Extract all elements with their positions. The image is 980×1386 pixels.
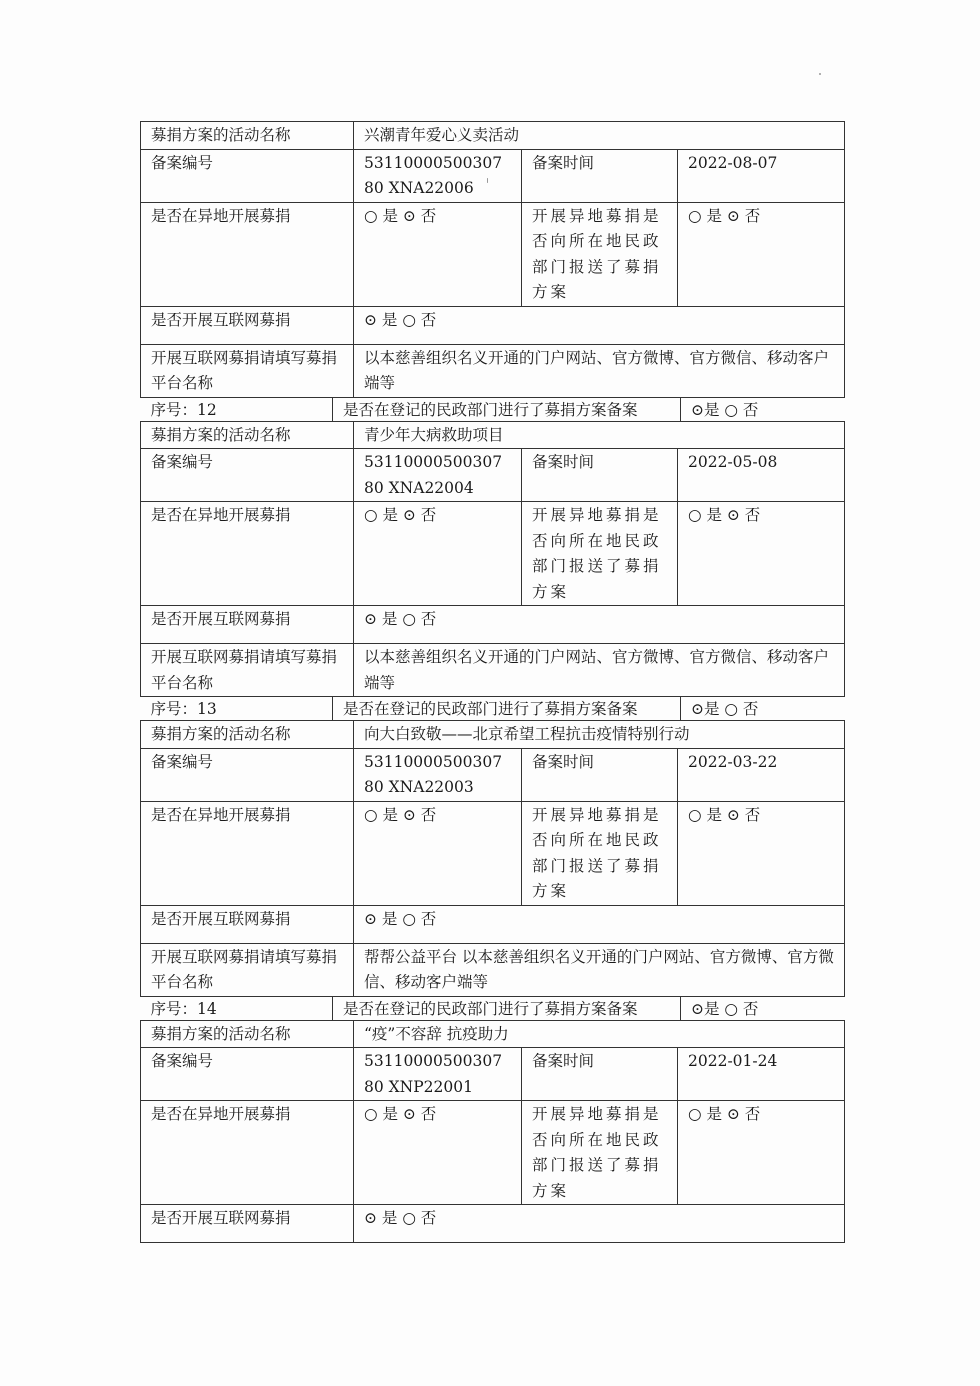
filing-number-label: 备案编号 <box>141 1048 354 1101</box>
remote-report-radio[interactable]: ○ 是 ⊙ 否 <box>678 502 845 606</box>
platform-name-row: 开展互联网募捐请填写募捐平台名称 以本慈善组织名义开通的门户网站、官方微博、官方… <box>141 644 845 697</box>
activity-name-row: 募捐方案的活动名称 兴潮青年爱心义卖活动 <box>141 122 845 150</box>
fundraising-filing-table: 募捐方案的活动名称 兴潮青年爱心义卖活动 备案编号 53110000500307… <box>140 121 845 1243</box>
remote-report-radio[interactable]: ○ 是 ⊙ 否 <box>678 1101 845 1205</box>
remote-report-label: 开展异地募捐是否向所在地民政部门报送了募捐方案 <box>522 502 678 606</box>
scan-speck <box>819 73 821 75</box>
internet-fundraising-radio[interactable]: ⊙ 是 ○ 否 <box>354 905 845 943</box>
remote-report-label: 开展异地募捐是否向所在地民政部门报送了募捐方案 <box>522 801 678 905</box>
remote-fundraising-radio[interactable]: ○ 是 ⊙ 否 <box>354 502 522 606</box>
platform-name-value: 帮帮公益平台 以本慈善组织名义开通的门户网站、官方微博、官方微信、移动客户端等 <box>354 943 845 996</box>
filing-number-label: 备案编号 <box>141 149 354 202</box>
internet-fundraising-radio[interactable]: ⊙ 是 ○ 否 <box>354 1205 845 1243</box>
internet-fundraising-row: 是否开展互联网募捐 ⊙ 是 ○ 否 <box>141 905 845 943</box>
activity-name-value: “疫”不容辞 抗疫助力 <box>354 1020 845 1048</box>
platform-name-label: 开展互联网募捐请填写募捐平台名称 <box>141 344 354 397</box>
platform-name-row: 开展互联网募捐请填写募捐平台名称 帮帮公益平台 以本慈善组织名义开通的门户网站、… <box>141 943 845 996</box>
seq-row: 序号：13 是否在登记的民政部门进行了募捐方案备案 ⊙是 ○ 否 <box>141 697 845 721</box>
activity-name-label: 募捐方案的活动名称 <box>141 1020 354 1048</box>
filing-number-value: 5311000050030780 XNA22004 <box>354 449 522 502</box>
registered-filing-label: 是否在登记的民政部门进行了募捐方案备案 <box>333 997 681 1020</box>
filing-time-value: 2022-08-07 <box>678 149 845 202</box>
filing-number-value: 5311000050030780 XNA22006 <box>354 149 522 202</box>
remote-fundraising-row: 是否在异地开展募捐 ○ 是 ⊙ 否 开展异地募捐是否向所在地民政部门报送了募捐方… <box>141 1101 845 1205</box>
remote-fundraising-label: 是否在异地开展募捐 <box>141 1101 354 1205</box>
filing-time-label: 备案时间 <box>522 149 678 202</box>
internet-fundraising-row: 是否开展互联网募捐 ⊙ 是 ○ 否 <box>141 1205 845 1243</box>
remote-report-label: 开展异地募捐是否向所在地民政部门报送了募捐方案 <box>522 202 678 306</box>
remote-report-radio[interactable]: ○ 是 ⊙ 否 <box>678 801 845 905</box>
platform-name-value: 以本慈善组织名义开通的门户网站、官方微博、官方微信、移动客户端等 <box>354 644 845 697</box>
seq-row: 序号：14 是否在登记的民政部门进行了募捐方案备案 ⊙是 ○ 否 <box>141 996 845 1020</box>
seq-number: 序号：13 <box>141 697 333 720</box>
filing-time-value: 2022-01-24 <box>678 1048 845 1101</box>
filing-number-row: 备案编号 5311000050030780 XNA22006 备案时间 2022… <box>141 149 845 202</box>
platform-name-label: 开展互联网募捐请填写募捐平台名称 <box>141 644 354 697</box>
registered-filing-radio[interactable]: ⊙是 ○ 否 <box>681 997 845 1020</box>
remote-fundraising-radio[interactable]: ○ 是 ⊙ 否 <box>354 801 522 905</box>
activity-name-label: 募捐方案的活动名称 <box>141 122 354 150</box>
internet-fundraising-label: 是否开展互联网募捐 <box>141 606 354 644</box>
seq-number: 序号：14 <box>141 997 333 1020</box>
filing-time-value: 2022-03-22 <box>678 748 845 801</box>
registered-filing-label: 是否在登记的民政部门进行了募捐方案备案 <box>333 697 681 720</box>
internet-fundraising-label: 是否开展互联网募捐 <box>141 1205 354 1243</box>
platform-name-value: 以本慈善组织名义开通的门户网站、官方微博、官方微信、移动客户端等 <box>354 344 845 397</box>
registered-filing-radio[interactable]: ⊙是 ○ 否 <box>681 697 845 720</box>
filing-number-value: 5311000050030780 XNP22001 <box>354 1048 522 1101</box>
registered-filing-radio[interactable]: ⊙是 ○ 否 <box>681 398 845 421</box>
activity-name-row: 募捐方案的活动名称 青少年大病救助项目 <box>141 421 845 449</box>
scan-speck <box>487 178 488 183</box>
filing-number-value: 5311000050030780 XNA22003 <box>354 748 522 801</box>
internet-fundraising-row: 是否开展互联网募捐 ⊙ 是 ○ 否 <box>141 606 845 644</box>
activity-name-label: 募捐方案的活动名称 <box>141 721 354 749</box>
remote-fundraising-label: 是否在异地开展募捐 <box>141 202 354 306</box>
internet-fundraising-radio[interactable]: ⊙ 是 ○ 否 <box>354 306 845 344</box>
activity-name-value: 青少年大病救助项目 <box>354 421 845 449</box>
remote-report-radio[interactable]: ○ 是 ⊙ 否 <box>678 202 845 306</box>
filing-number-label: 备案编号 <box>141 748 354 801</box>
filing-time-label: 备案时间 <box>522 1048 678 1101</box>
activity-name-value: 兴潮青年爱心义卖活动 <box>354 122 845 150</box>
remote-fundraising-row: 是否在异地开展募捐 ○ 是 ⊙ 否 开展异地募捐是否向所在地民政部门报送了募捐方… <box>141 202 845 306</box>
activity-name-row: 募捐方案的活动名称 “疫”不容辞 抗疫助力 <box>141 1020 845 1048</box>
seq-number: 序号：12 <box>141 398 333 421</box>
filing-number-row: 备案编号 5311000050030780 XNA22003 备案时间 2022… <box>141 748 845 801</box>
seq-row: 序号：12 是否在登记的民政部门进行了募捐方案备案 ⊙是 ○ 否 <box>141 397 845 421</box>
internet-fundraising-label: 是否开展互联网募捐 <box>141 306 354 344</box>
filing-time-label: 备案时间 <box>522 748 678 801</box>
remote-report-label: 开展异地募捐是否向所在地民政部门报送了募捐方案 <box>522 1101 678 1205</box>
activity-name-label: 募捐方案的活动名称 <box>141 421 354 449</box>
filing-number-label: 备案编号 <box>141 449 354 502</box>
filing-number-row: 备案编号 5311000050030780 XNA22004 备案时间 2022… <box>141 449 845 502</box>
platform-name-row: 开展互联网募捐请填写募捐平台名称 以本慈善组织名义开通的门户网站、官方微博、官方… <box>141 344 845 397</box>
internet-fundraising-label: 是否开展互联网募捐 <box>141 905 354 943</box>
internet-fundraising-radio[interactable]: ⊙ 是 ○ 否 <box>354 606 845 644</box>
filing-number-row: 备案编号 5311000050030780 XNP22001 备案时间 2022… <box>141 1048 845 1101</box>
remote-fundraising-radio[interactable]: ○ 是 ⊙ 否 <box>354 202 522 306</box>
activity-name-row: 募捐方案的活动名称 向大白致敬——北京希望工程抗击疫情特别行动 <box>141 721 845 749</box>
filing-time-label: 备案时间 <box>522 449 678 502</box>
registered-filing-label: 是否在登记的民政部门进行了募捐方案备案 <box>333 398 681 421</box>
filing-time-value: 2022-05-08 <box>678 449 845 502</box>
internet-fundraising-row: 是否开展互联网募捐 ⊙ 是 ○ 否 <box>141 306 845 344</box>
remote-fundraising-label: 是否在异地开展募捐 <box>141 801 354 905</box>
activity-name-value: 向大白致敬——北京希望工程抗击疫情特别行动 <box>354 721 845 749</box>
platform-name-label: 开展互联网募捐请填写募捐平台名称 <box>141 943 354 996</box>
remote-fundraising-row: 是否在异地开展募捐 ○ 是 ⊙ 否 开展异地募捐是否向所在地民政部门报送了募捐方… <box>141 801 845 905</box>
remote-fundraising-row: 是否在异地开展募捐 ○ 是 ⊙ 否 开展异地募捐是否向所在地民政部门报送了募捐方… <box>141 502 845 606</box>
remote-fundraising-label: 是否在异地开展募捐 <box>141 502 354 606</box>
remote-fundraising-radio[interactable]: ○ 是 ⊙ 否 <box>354 1101 522 1205</box>
